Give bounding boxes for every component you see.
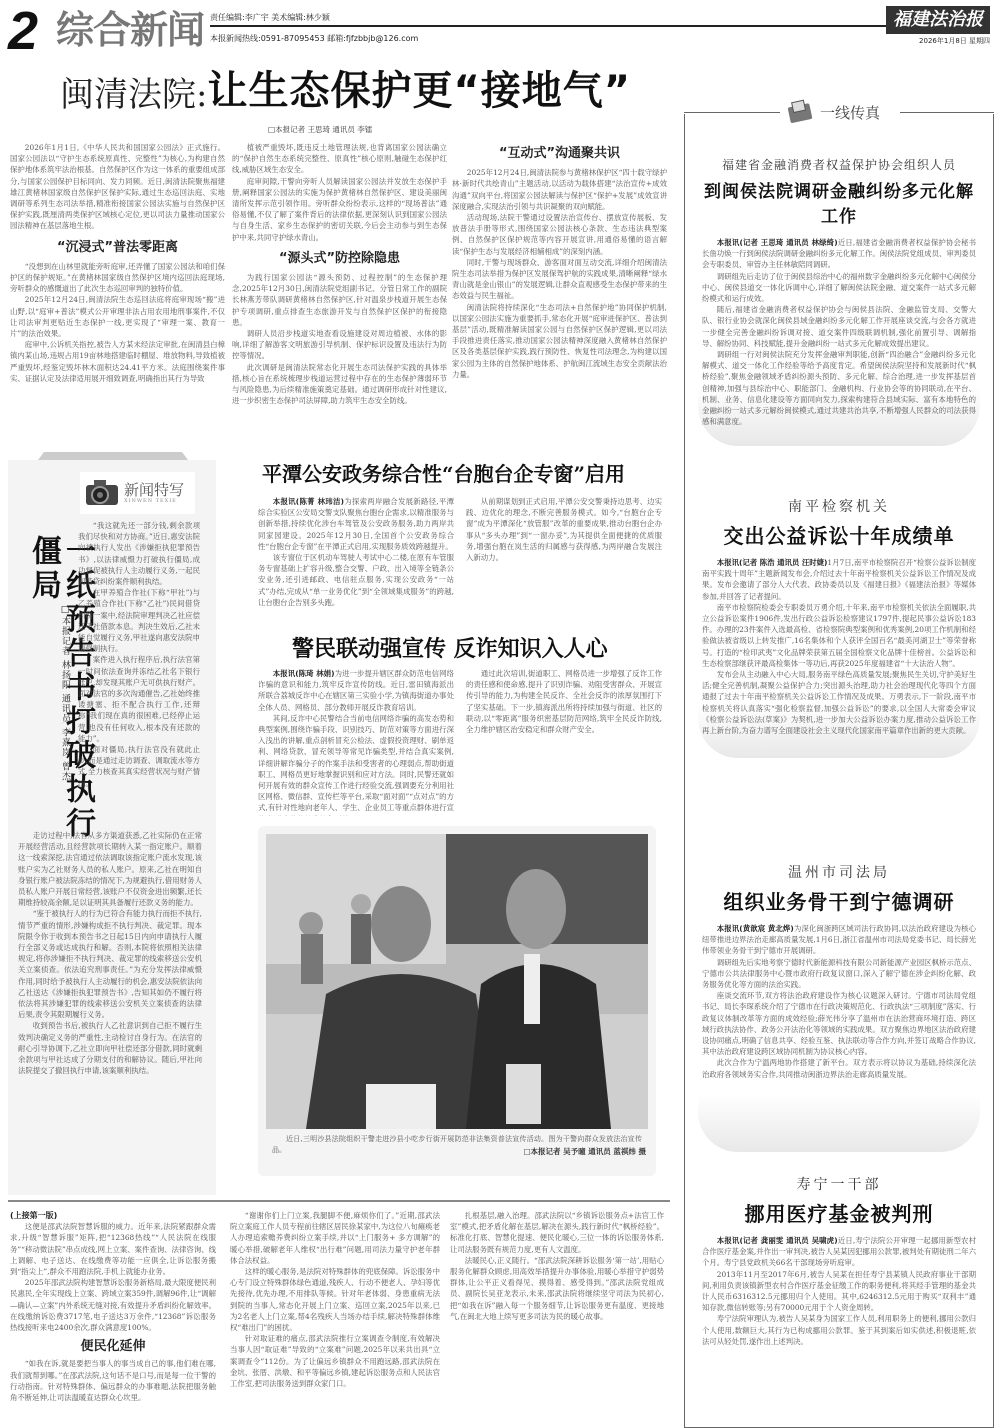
paragraph: “我这就先还一部分钱,剩余款项我们尽快和对方协商。”近日,惠安法院向被执行人发出… [78, 520, 200, 587]
paragraph: 座谈交流环节,双方将法治政府建设作为核心议题深入研讨。宁德市司法局党组书记、局长… [702, 990, 976, 1057]
lead-byline: □本报记者 王思琦 通讯员 李镭 [268, 124, 372, 135]
paragraph: 这便是邵武法院智慧诉服的威力。近年来,法院紧跟群众需求,升级“智慧诉服”矩阵,把… [10, 1221, 216, 1277]
hotline: 本报新闻热线:0591-87095453 邮箱:fjfzbbjb@126.com [210, 33, 418, 44]
editors-line: 责任编辑:李广宇 美术编辑:林少颖 [210, 12, 330, 23]
paragraph: 2013年11月至2017年6月,被告人吴某在担任寿宁县某镇人民政府事业干部期间… [702, 1269, 976, 1314]
subhead-immersive: “沉浸式”普法零距离 [10, 242, 225, 253]
feature-body-top: “我这就先还一部分钱,剩余款项我们尽快和对方协商。”近日,惠安法院向被执行人发出… [78, 520, 200, 789]
paragraph: 植被严重毁坏,既违反土地管理法规,也背离国家公园法确立的“保护自然生态系统完整性… [232, 142, 447, 176]
fax-story-2: 南平检察机关 交出公益诉讼十年成绩单 本报讯(记者 陈浩 通讯员 汪时婕)1月7… [698, 496, 980, 758]
story-kicker: 温州市司法局 [698, 862, 980, 882]
story-kicker: 南平检察机关 [698, 496, 980, 516]
paragraph: 面对僵局,执行法官没有就此止步,而是通过走访调查、调取流水等方式,全力核查其真实… [78, 744, 200, 789]
fax-story-3: 温州市司法局 组织业务骨干到宁德调研 本报讯(黄歆宸 黄北烨)为深化闽浙跨区域司… [698, 862, 980, 1152]
paragraph: 此次调研是闽清法院常态化开展生态司法保护实践的具体举措,核心旨在系统梳理步栈道运… [232, 362, 447, 407]
paragraph: 针对取证难的痛点,邵武法院推行立案调查令制度,有效解决当事人因“取证难”导致的“… [230, 1333, 440, 1389]
paragraph: 调研组一行对闽侯法院充分发挥金融审判职能,创新“四治融合”金融纠纷多元化解模式、… [702, 349, 976, 427]
photo-credit: □本报记者 吴予曈 通讯员 蓝祺炜 摄 [523, 1146, 646, 1157]
paragraph: 活动现场,法院干警通过设置法治宣传台、摆放宣传展板、发放普法手册等形式,围绕国家… [452, 212, 667, 257]
news-photo [266, 834, 648, 1129]
paragraph: “如我在诉,就是要把当事人的事当成自己的事,他们难在哪,我们就帮到哪。”在邵武法… [10, 1358, 216, 1403]
story-kicker: 寿宁一干部 [698, 1174, 980, 1194]
story-kicker: 福建省金融消费者权益保护协会组织人员 [698, 156, 980, 173]
story-body: 本报讯(记者 龚丽雯 通讯员 吴啸虎)近日,寿宁法院公开审理一起挪用新型农村合作… [698, 1235, 980, 1347]
paragraph: 调研组先后实地考察宁德时代新能源科技有限公司新能源产业园区枫桥示范点、宁德市公共… [702, 957, 976, 991]
paragraph: 南平市检察院检委会专职委员万勇介绍,十年来,南平市检察机关依法全面履职,共立公益… [702, 602, 976, 669]
lead-col1: 2026年1月1日,《中华人民共和国国家公园法》正式施行。国家公园法以“守护生态… [10, 142, 225, 384]
paragraph: 在甲养殖合作社(下称“甲社”)与乙养殖合作社(下称“乙社”)民间借贷纠纷一案中,… [78, 587, 200, 654]
paragraph: “谢谢你们上门立案,我腿脚不便,麻烦你们了。”近期,邵武法院立案庭工作人员专程前… [230, 1210, 440, 1266]
paragraph: 2025年12月24日,闽清法院参与黄楮林保护区“四十载守绿护林·新时代共绘青山… [452, 167, 667, 212]
paragraph: 走访过程中,法官从多方渠道获悉,乙社实际仍在正常开展经营活动,且经营款项长期转入… [18, 830, 202, 908]
page-number: 2 [8, 4, 38, 58]
fraud-title: 警民联动强宣传 反诈知识入人心 [292, 632, 608, 663]
continued-col1: (上接第一版) 这便是邵武法院智慧诉服的威力。近年来,法院紧跟群众需求,升级“智… [10, 1210, 216, 1428]
feature-body-bottom: 走访过程中,法官从多方渠道获悉,乙社实际仍在正常开展经营活动,且经营款项长期转入… [18, 830, 202, 1185]
story-body: 本报讯(黄歆宸 黄北烨)为深化闽浙跨区域司法行政协同,以法治政府建设为核心纽带推… [698, 923, 980, 1080]
story-lead: 本报讯(黄歆宸 黄北烨) [717, 924, 794, 933]
paragraph: 闽清法院将持续深化“生态司法+自然保护地”协同保护机制,以国家公园法实施为重要抓… [452, 302, 667, 380]
story-body: 本报讯(记者 陈浩 通讯员 汪时婕)1月7日,南平市检察院召开“检察公益诉讼制度… [698, 557, 980, 736]
continued-col3: 扎根基层,融入治理。邵武法院以“乡镇诉讼服务点+法官工作室”模式,把矛盾化解在基… [450, 1210, 664, 1428]
subhead-convenience: 便民化延伸 [10, 1341, 216, 1352]
story-lead: 本报讯(记者 陈浩 通讯员 汪时婕) [717, 558, 828, 567]
paragraph: 法暖民心,正义随行。“邵武法院深耕诉讼服务‘第一站’,用贴心服务化解群众顾虑,用… [450, 1255, 664, 1322]
paragraph: 为践行国家公园法“源头预防、过程控制”的生态保护理念,2025年12月30日,闽… [232, 272, 447, 328]
story-title: 交出公益诉讼十年成绩单 [698, 520, 980, 549]
paragraph: 发布会从主动融入中心大局,服务南平绿色高质量发展;聚焦民生关切,守护美好生活;健… [702, 669, 976, 736]
paragraph: 寿宁法院审理认为,被告人吴某身为国家工作人员,利用职务上的便利,挪用公款归个人使… [702, 1313, 976, 1347]
lead-headline: 闽清法院: 让生态保护更“接地气” [60, 66, 631, 116]
story-title: 组织业务骨干到宁德调研 [698, 886, 980, 915]
feature-tab [38, 452, 188, 460]
paragraph: 庭审间隙,干警向旁听人员解读国家公园法并发放生态保护手册,阐释国家公园法的实施为… [232, 176, 447, 243]
paragraph: 其间,反诈中心民警结合当前电信网络诈骗的高发态势和典型案例,围绕诈骗手段、识别技… [258, 713, 454, 816]
camera-icon [84, 477, 122, 509]
continued-col2: “谢谢你们上门立案,我腿脚不便,麻烦你们了。”近期,邵武法院立案庭工作人员专程前… [230, 1210, 440, 1428]
lead-col2: 植被严重毁坏,既违反土地管理法规,也背离国家公园法确立的“保护自然生态系统完整性… [232, 142, 447, 406]
story-lead: 本报讯(记者 王思琦 通讯员 林绿绮) [717, 238, 838, 247]
paragraph: 同时,干警与现场群众、游客面对面互动交流,详细介绍闽清法院生态司法举措为保护区发… [452, 257, 667, 302]
story-lead: 本报讯(记者 龚丽雯 通讯员 吴啸虎) [717, 1236, 838, 1245]
fraud-col1: 本报讯(陈琦 林娟)为进一步提升辖区群众防范电信网络诈骗的意识和能力,筑牢反诈宣… [258, 668, 454, 816]
paragraph: 从前期谋划到正式启用,平潭公安交警秉持边思考、边实践、边优化的理念,不断完善服务… [466, 496, 662, 563]
section-title: 综合新闻 [56, 6, 204, 54]
paragraph: 随后,福建省金融消费者权益保护协会与闽侯县法院、金融监管支局、交警大队、银行业协… [702, 304, 976, 349]
feature-badge: 新闻特写 XINWEN TEXIE [80, 472, 195, 514]
header-rule [210, 25, 888, 27]
masthead-logo: 福建法治报 [886, 6, 990, 34]
paragraph: 调研组先后走访了位于闽侯县综治中心的福州数字金融纠纷多元化解中心闽侯分中心、闽侯… [702, 271, 976, 305]
paragraph: 通过此次培训,街道职工、网格员进一步增强了反诈工作的责任感和使命感,提升了识别诈… [466, 668, 662, 735]
lead-col3: “互动式”沟通聚共识 2025年12月24日,闽清法院参与黄楮林保护区“四十载守… [452, 142, 667, 380]
fax-story-4: 寿宁一干部 挪用医疗基金被判刑 本报讯(记者 龚丽雯 通讯员 吴啸虎)近日,寿宁… [698, 1174, 980, 1424]
ptn-col1: 本报讯(陈菁 林玮洁)为探索两岸融合发展新路径,平潭综合实验区公安局交警支队聚焦… [258, 496, 454, 608]
paragraph: 2026年1月1日,《中华人民共和国国家公园法》正式施行。国家公园法以“守护生态… [10, 142, 225, 232]
lead-title: 让生态保护更“接地气” [207, 59, 631, 116]
paragraph: 2025年邵武法院构建智慧诉讼服务新格局,最大限度便民利民惠民,全年实现线上立案… [10, 1277, 216, 1333]
story-title: 到闽侯法院调研金融纠纷多元化解工作 [698, 177, 980, 227]
badge-pinyin: XINWEN TEXIE [124, 498, 184, 504]
bottom-rule [8, 1200, 670, 1202]
badge-text: 新闻特写 [124, 482, 184, 498]
continued-label: (上接第一版) [10, 1210, 216, 1221]
paragraph: 该专窗位于区机动车驾驶人考试中心二楼,在原有车管服务专窗基础上扩容升级,整合交警… [258, 552, 454, 608]
story-body: 本报讯(记者 王思琦 通讯员 林绿绮)近日,福建省金融消费者权益保护协会秘书长詹… [698, 237, 980, 427]
issue-date: 2026年1月8日 星期四 [919, 36, 990, 46]
paragraph: 这样的暖心服务,是法院对特殊群体的兜底保障。诉讼服务中心专门设立特殊群体绿色通道… [230, 1266, 440, 1333]
photo-illustration [266, 834, 648, 1129]
photo-card: 近日,三明沙县法院组织干警走进沙县小吃步行街开展防范非法集资普法宣传活动。图为干… [258, 826, 656, 1176]
story-title: 挪用医疗基金被判刑 [698, 1198, 980, 1227]
story-lead: 本报讯(陈菁 林玮洁) [273, 497, 344, 506]
subhead-source: “源头式”防控除隐患 [232, 253, 447, 264]
paragraph: 2025年12月24日,闽清法院生态巡回法庭将庭审现场“搬”进山野,以“庭审+普… [10, 294, 225, 339]
paragraph: 案件进入执行程序后,执行法官第一时间依法查询并冻结乙社名下银行账户,却发现其账户… [78, 654, 200, 744]
ptn-title: 平潭公安政务综合性“台胞台企专窗”启用 [262, 458, 625, 487]
subhead-interactive: “互动式”沟通聚共识 [452, 148, 667, 159]
paragraph: “没想到在山林里就能旁听庭审,还弄懂了国家公园法和咱们保护区的保护规矩。”在黄楮… [10, 261, 225, 295]
paragraph: 收到预告书后,被执行人乙社意识到自己拒不履行生效判决确定义务的严重性,主动检讨自… [18, 1020, 202, 1076]
story-lead: 本报讯(陈琦 林娟) [273, 669, 335, 678]
paragraph: 扎根基层,融入治理。邵武法院以“乡镇诉讼服务点+法官工作室”模式,把矛盾化解在基… [450, 1210, 664, 1255]
paragraph: 庭审中,公诉机关指控,被告人方某未经法定审批,在闽清县白樟镇内某山场,违规占用1… [10, 339, 225, 384]
paragraph: 调研人员沿步栈道实地查看设施建设对周边植被、水体的影响,详细了解游客文明旅游引导… [232, 328, 447, 362]
fax-story-1: 福建省金融消费者权益保护协会组织人员 到闽侯法院调研金融纠纷多元化解工作 本报讯… [698, 146, 980, 446]
lead-kicker: 闽清法院: [60, 67, 207, 116]
ptn-col2: 从前期谋划到正式启用,平潭公安交警秉持边思考、边实践、边优化的理念,不断完善服务… [466, 496, 662, 563]
paragraph: 此次合作为宁温两地协作搭建了新平台。双方表示将以协议为基础,持续深化法治政府各领… [702, 1057, 976, 1079]
fraud-col2: 通过此次培训,街道职工、网格员进一步增强了反诈工作的责任感和使命感,提升了识别诈… [466, 668, 662, 816]
paragraph: “鉴于被执行人的行为已符合有能力执行而拒不执行,情节严重的情形,涉嫌构成拒不执行… [18, 908, 202, 1020]
